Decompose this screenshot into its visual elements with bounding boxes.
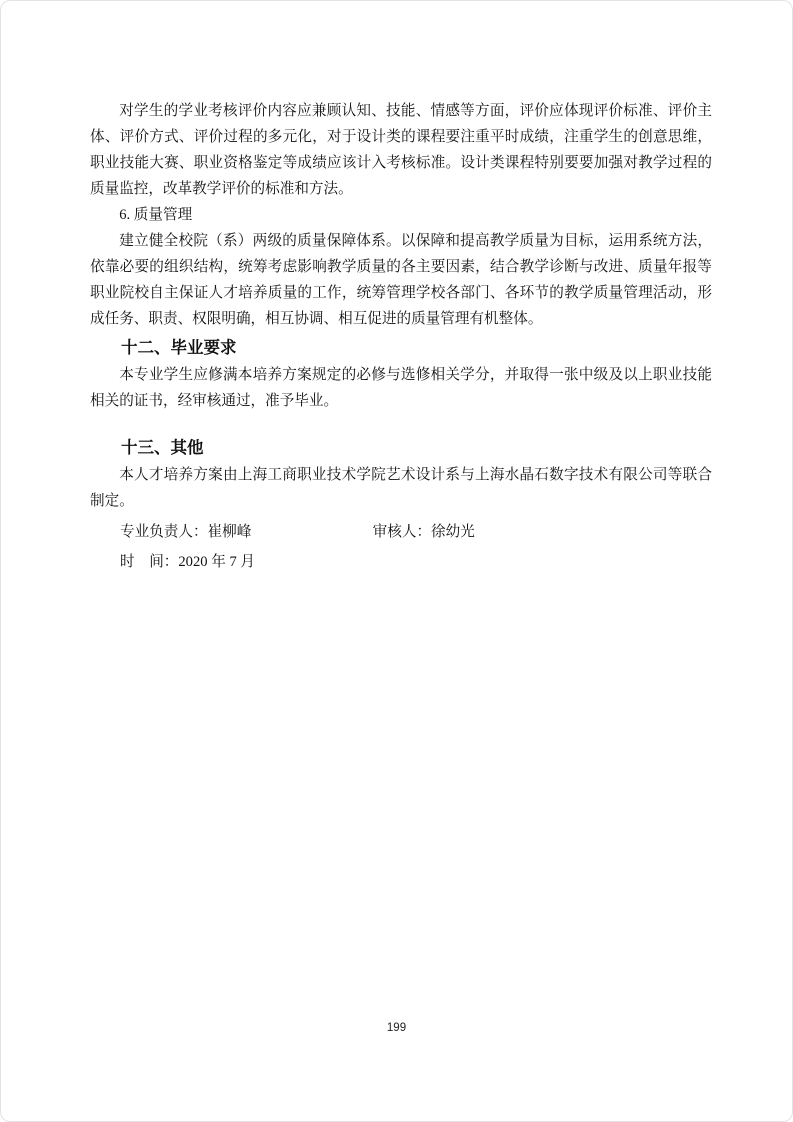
page-number: 199 (1, 1022, 792, 1034)
paragraph-other: 本人才培养方案由上海工商职业技术学院艺术设计系与上海水晶石数字技术有限公司等联合… (90, 462, 712, 514)
heading-graduation-requirements: 十二、毕业要求 (90, 335, 712, 362)
subheading-quality-management: 6. 质量管理 (90, 202, 712, 228)
document-page: 对学生的学业考核评价内容应兼顾认知、技能、情感等方面，评价应体现评价标准、评价主… (0, 0, 793, 1122)
paragraph-quality-management: 建立健全校院（系）两级的质量保障体系。以保障和提高教学质量为目标，运用系统方法，… (90, 228, 712, 332)
signature-program-leader: 专业负责人：崔柳峰 (120, 519, 369, 545)
signature-date: 时 间：2020 年 7 月 (90, 549, 712, 575)
paragraph-graduation-requirements: 本专业学生应修满本培养方案规定的必修与选修相关学分，并取得一张中级及以上职业技能… (90, 362, 712, 414)
signature-row: 专业负责人：崔柳峰 审核人：徐幼光 (90, 519, 712, 545)
document-content: 对学生的学业考核评价内容应兼顾认知、技能、情感等方面，评价应体现评价标准、评价主… (90, 98, 712, 575)
heading-other: 十三、其他 (90, 435, 712, 462)
signature-reviewer: 审核人：徐幼光 (373, 524, 475, 540)
paragraph-assessment-evaluation: 对学生的学业考核评价内容应兼顾认知、技能、情感等方面，评价应体现评价标准、评价主… (90, 98, 712, 202)
